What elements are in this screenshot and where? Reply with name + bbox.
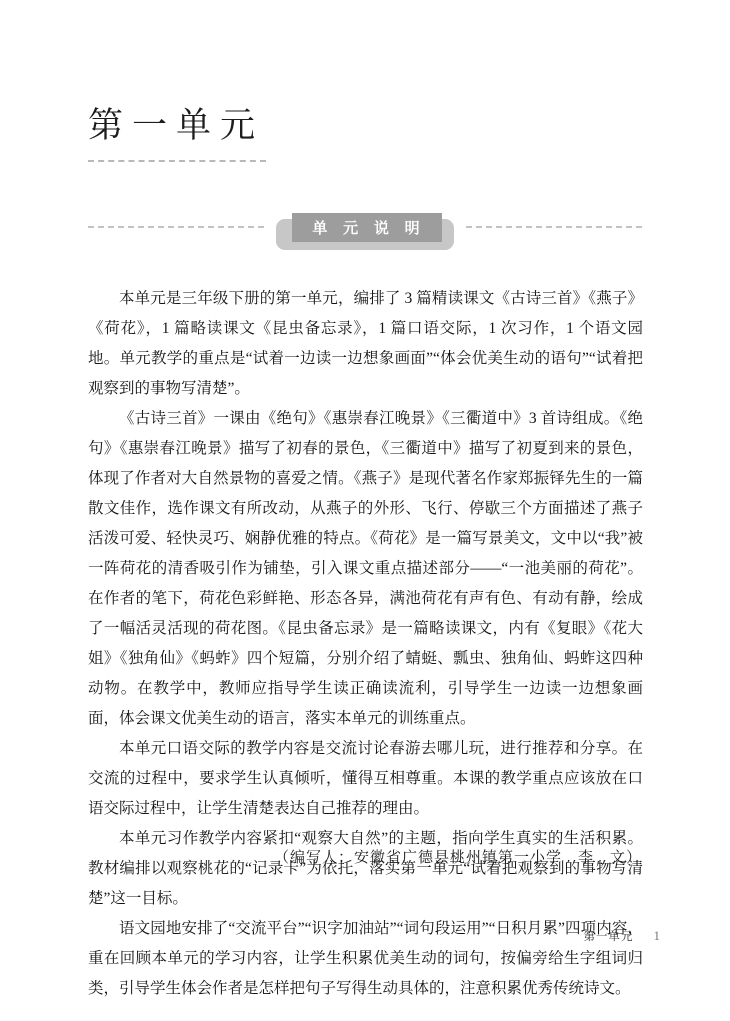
section-banner-tab: 单 元 说 明 [292, 213, 441, 242]
page-footer: 第一单元 1 [584, 928, 661, 944]
paragraph-oral-communication: 本单元口语交际的教学内容是交流讨论春游去哪儿玩，进行推荐和分享。在交流的过程中，… [88, 734, 643, 824]
banner-dash-right [466, 226, 642, 228]
banner-dash-left [88, 226, 264, 228]
banner-tab-label: 单 元 说 明 [292, 213, 441, 242]
unit-description-body: 本单元是三年级下册的第一单元，编排了 3 篇精读课文《古诗三首》《燕子》《荷花》… [88, 284, 643, 1004]
footer-page-number: 1 [654, 928, 661, 944]
paragraph-overview: 本单元是三年级下册的第一单元，编排了 3 篇精读课文《古诗三首》《燕子》《荷花》… [88, 284, 643, 404]
section-banner: 单 元 说 明 [88, 208, 642, 246]
paragraph-writing: 本单元习作教学内容紧扣“观察大自然”的主题，指向学生真实的生活积累。教材编排以观… [88, 824, 643, 914]
textbook-page: 第一单元 单 元 说 明 本单元是三年级下册的第一单元，编排了 3 篇精读课文《… [0, 0, 730, 1021]
author-attribution: （编写人：安徽省广德县桃州镇第一小学 李 文） [274, 846, 642, 867]
page-title: 第一单元 [88, 98, 264, 148]
title-dashed-underline [88, 160, 266, 162]
footer-section-label: 第一单元 [584, 928, 634, 944]
paragraph-texts-detail: 《古诗三首》一课由《绝句》《惠崇春江晚景》《三衢道中》3 首诗组成。《绝句》《惠… [88, 404, 643, 734]
paragraph-language-garden: 语文园地安排了“交流平台”“识字加油站”“词句段运用”“日积月累”四项内容，重在… [88, 914, 643, 1004]
